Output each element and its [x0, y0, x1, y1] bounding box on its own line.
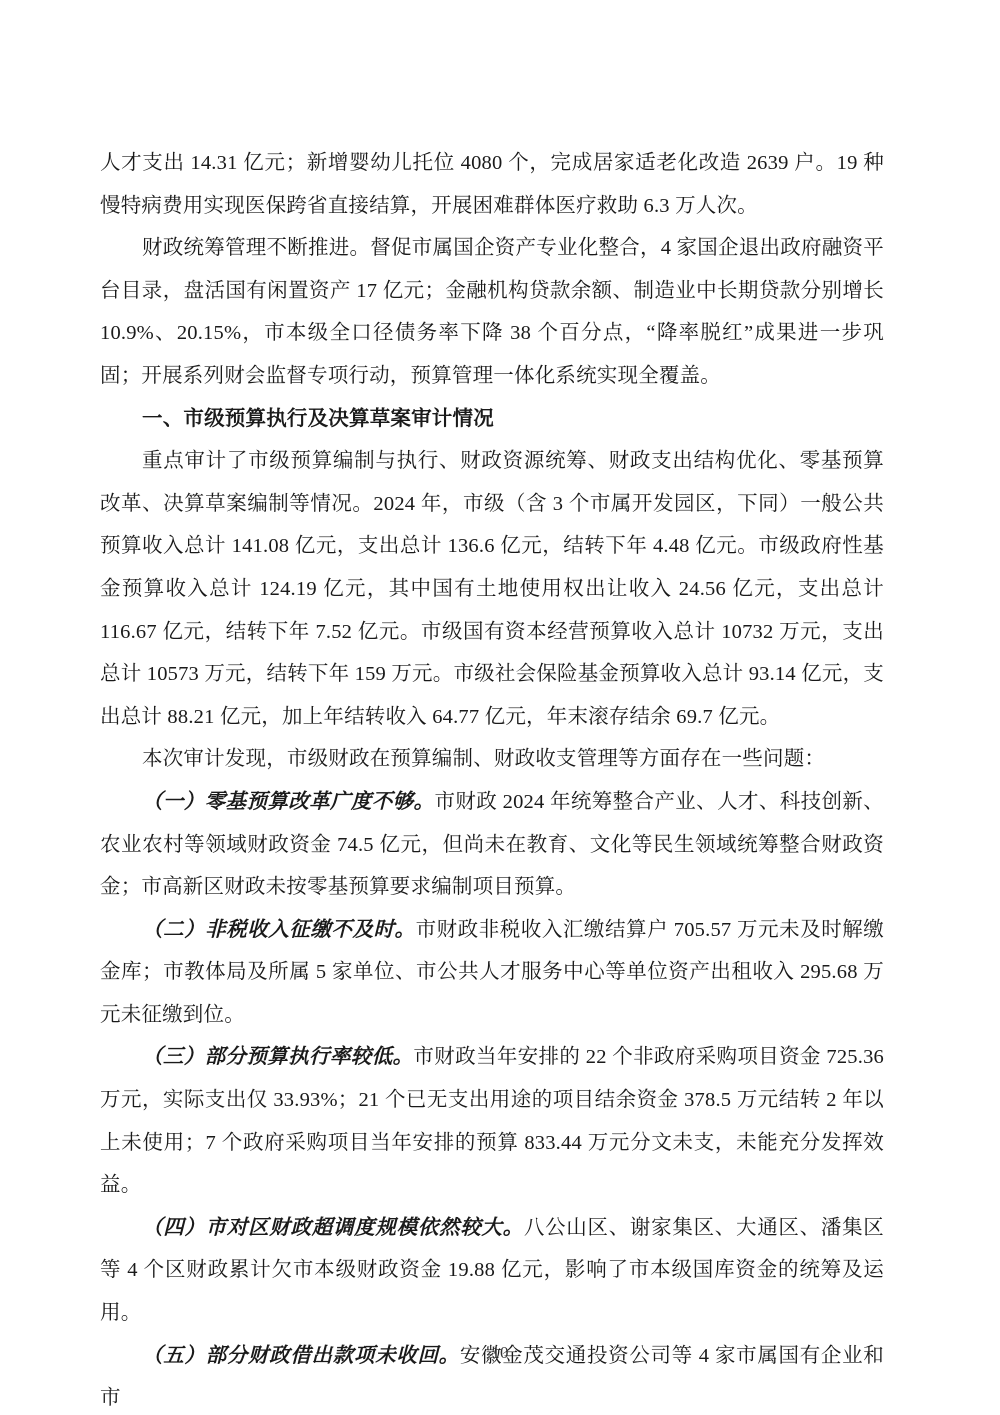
item-3-text: 市财政当年安排的 22 个非政府采购项目资金 725.36 万元，实际支出仅 3… [100, 1046, 884, 1196]
item-2-lead: （二）非税收入征缴不及时。 [142, 919, 416, 941]
item-4-lead: （四）市对区财政超调度规模依然较大。 [142, 1217, 524, 1239]
document-page: 人才支出 14.31 亿元；新增婴幼儿托位 4080 个，完成居家适老化改造 2… [0, 0, 1000, 1415]
paragraph-fiscal-coordination: 财政统筹管理不断推进。督促市属国企资产专业化整合，4 家国企退出政府融资平台目录… [100, 227, 884, 397]
paragraph-issues-intro: 本次审计发现，市级财政在预算编制、财政收支管理等方面存在一些问题： [100, 738, 884, 781]
item-3-lead: （三）部分预算执行率较低。 [142, 1046, 413, 1068]
item-3-low-budget-execution: （三）部分预算执行率较低。市财政当年安排的 22 个非政府采购项目资金 725.… [100, 1036, 884, 1206]
paragraph-carryover-livelihood: 人才支出 14.31 亿元；新增婴幼儿托位 4080 个，完成居家适老化改造 2… [100, 142, 884, 227]
section-1-heading: 一、市级预算执行及决算草案审计情况 [100, 398, 884, 441]
page-number: 10 [0, 1342, 1000, 1364]
item-1-zero-based-budget-reform: （一）零基预算改革广度不够。市财政 2024 年统筹整合产业、人才、科技创新、农… [100, 781, 884, 909]
item-4-district-over-allocation: （四）市对区财政超调度规模依然较大。八公山区、谢家集区、大通区、潘集区等 4 个… [100, 1207, 884, 1335]
item-1-lead: （一）零基预算改革广度不够。 [142, 791, 434, 813]
paragraph-budget-audit-overview: 重点审计了市级预算编制与执行、财政资源统筹、财政支出结构优化、零基预算改革、决算… [100, 440, 884, 738]
document-body: 人才支出 14.31 亿元；新增婴幼儿托位 4080 个，完成居家适老化改造 2… [100, 142, 884, 1415]
item-2-nontax-revenue-collection: （二）非税收入征缴不及时。市财政非税收入汇缴结算户 705.57 万元未及时解缴… [100, 909, 884, 1037]
